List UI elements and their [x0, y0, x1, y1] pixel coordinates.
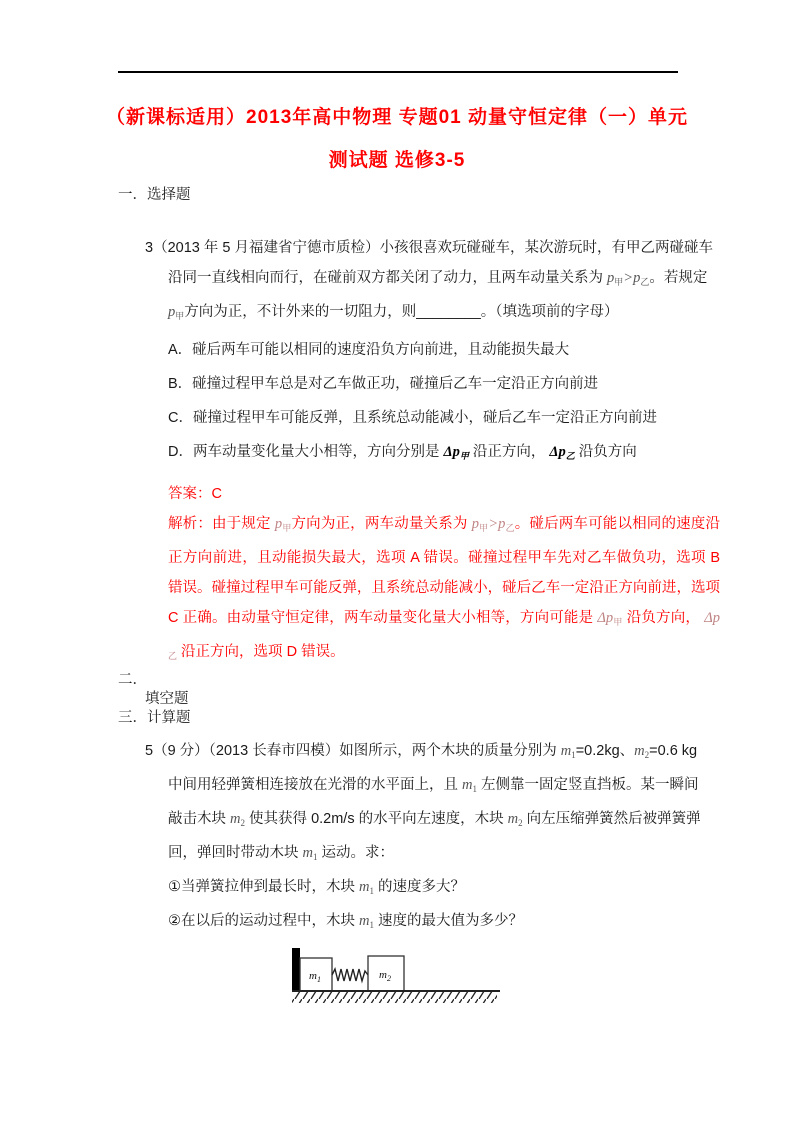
- analysis-paragraph: 解析：由于规定 p甲方向为正，两车动量关系为 p甲>p乙。碰后两车可能以相同的速…: [168, 509, 720, 671]
- ground-hatching: [292, 992, 497, 1003]
- section-heading-calc: 三．计算题: [118, 709, 794, 728]
- spring: [332, 969, 368, 981]
- answer-analysis-block: 答案：C 解析：由于规定 p甲方向为正，两车动量关系为 p甲>p乙。碰后两车可能…: [168, 479, 720, 671]
- question3-stem: 3（2013 年 5 月福建省宁德市质检）小孩很喜欢玩碰碰车，某次游玩时，有甲乙…: [168, 233, 713, 331]
- option-c: C．碰撞过程甲车可能反弹，且系统总动能减小，碰后乙车一定沿正方向前进: [168, 403, 720, 433]
- question3-options: A．碰后两车可能以相同的速度沿负方向前进，且动能损失最大 B．碰撞过程甲车总是对…: [0, 335, 794, 471]
- option-b: B．碰撞过程甲车总是对乙车做正功，碰撞后乙车一定沿正方向前进: [168, 369, 720, 399]
- option-d: D．两车动量变化量大小相等，方向分别是 Δp甲 沿正方向， Δp乙 沿负方向: [168, 437, 720, 471]
- question5-part1: ①当弹簧拉伸到最长时，木块 m1 的速度多大？: [168, 872, 794, 906]
- title-line-2: 测试题 选修3-5: [0, 139, 794, 182]
- physics-figure: m1 m2: [286, 944, 506, 1010]
- section-heading-choice: 一．选择题: [118, 185, 794, 205]
- header-rule: [118, 71, 678, 73]
- section-heading-fill-label: 填空题: [145, 690, 794, 709]
- question5-stem: 5（9 分）（2013 长春市四模）如图所示，两个木块的质量分别为 m1=0.2…: [168, 736, 713, 872]
- document-page: （新课标适用）2013年高中物理 专题01 动量守恒定律（一）单元 测试题 选修…: [0, 0, 794, 1123]
- section-heading-fill-number: 二．: [118, 671, 794, 690]
- question5-part2: ②在以后的运动过程中，木块 m1 速度的最大值为多少？: [168, 906, 794, 940]
- document-title: （新课标适用）2013年高中物理 专题01 动量守恒定律（一）单元 测试题 选修…: [0, 0, 794, 182]
- title-line-1: （新课标适用）2013年高中物理 专题01 动量守恒定律（一）单元: [0, 96, 794, 139]
- answer-line: 答案：C: [168, 479, 720, 509]
- wall: [292, 948, 300, 991]
- option-a: A．碰后两车可能以相同的速度沿负方向前进，且动能损失最大: [168, 335, 720, 365]
